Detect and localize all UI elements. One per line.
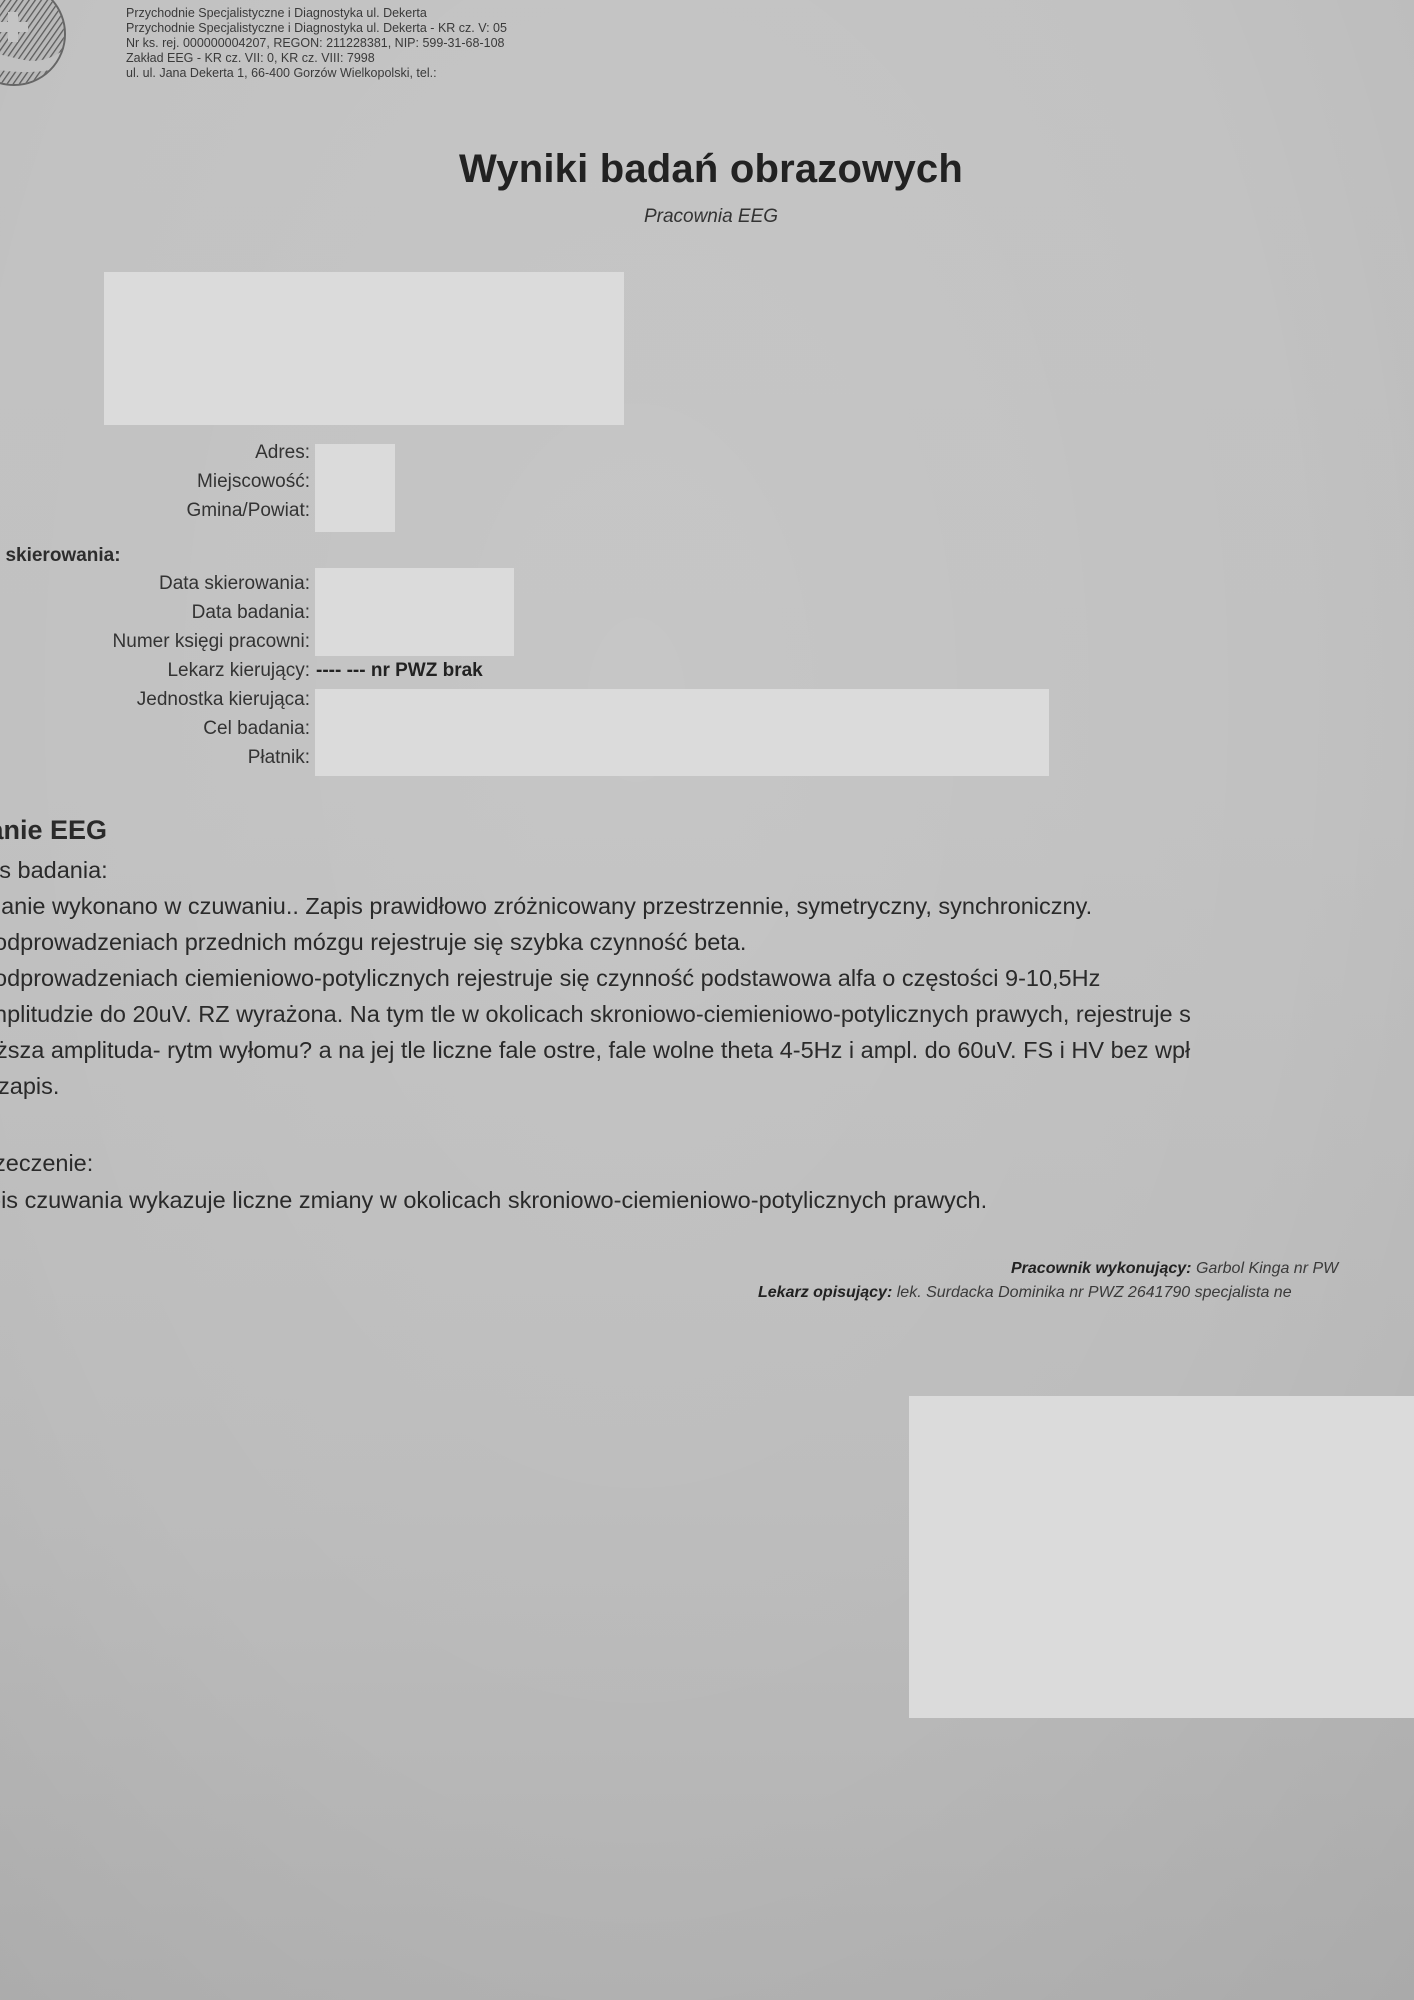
header-line: Nr ks. rej. 000000004207, REGON: 2112283… (126, 36, 507, 51)
header-line: Przychodnie Specjalistyczne i Diagnostyk… (126, 6, 507, 21)
referring-physician-label: Lekarz kierujący: (167, 660, 310, 682)
address-label: Adres: (255, 442, 310, 464)
clinic-logo-icon (0, 0, 76, 94)
page-subtitle: Pracownia EEG (0, 206, 1414, 228)
performer-signature: Pracownik wykonujący: Garbol Kinga nr PW (1011, 1260, 1338, 1278)
physician-signature: Lekarz opisujący: lek. Surdacka Dominika… (758, 1284, 1292, 1302)
referring-unit-label: Jednostka kierująca: (137, 689, 310, 711)
exam-purpose-label: Cel badania: (203, 718, 310, 740)
page-title: Wyniki badań obrazowych (0, 147, 1414, 192)
header-line: ul. ul. Jana Dekerta 1, 66-400 Gorzów Wi… (126, 66, 507, 81)
conclusion-text: bis czuwania wykazuje liczne zmiany w ok… (0, 1186, 987, 1214)
physician-label: Lekarz opisujący: (758, 1284, 892, 1301)
description-line: danie wykonano w czuwaniu.. Zapis prawid… (0, 892, 1092, 920)
redacted-address (315, 444, 395, 532)
performer-value: Garbol Kinga nr PW (1196, 1260, 1338, 1277)
referral-heading: ne skierowania: (0, 545, 121, 567)
exam-date-label: Data badania: (192, 602, 310, 624)
city-label: Miejscowość: (197, 471, 310, 493)
lab-book-number-label: Numer księgi pracowni: (113, 631, 310, 653)
district-label: Gmina/Powiat: (186, 500, 310, 522)
redacted-stamp (909, 1396, 1414, 1718)
header-line: Przychodnie Specjalistyczne i Diagnostyk… (126, 21, 507, 36)
description-line: odprowadzeniach ciemieniowo-potylicznych… (0, 964, 1100, 992)
conclusion-label: zeczenie: (0, 1149, 93, 1177)
referral-date-label: Data skierowania: (159, 573, 310, 595)
physician-value: lek. Surdacka Dominika nr PWZ 2641790 sp… (897, 1284, 1292, 1301)
description-line: nplitudzie do 20uV. RZ wyrażona. Na tym … (0, 1000, 1191, 1028)
clinic-header: Przychodnie Specjalistyczne i Diagnostyk… (126, 0, 507, 81)
header-line: Zakład EEG - KR cz. VII: 0, KR cz. VIII:… (126, 51, 507, 66)
description-line: ższa amplituda- rytm wyłomu? a na jej tl… (0, 1036, 1190, 1064)
redacted-referral-unit (315, 689, 1049, 776)
redacted-patient-name (104, 272, 624, 425)
description-line: zapis. (0, 1072, 59, 1100)
description-line: odprowadzeniach przednich mózgu rejestru… (0, 928, 746, 956)
payer-label: Płatnik: (248, 747, 310, 769)
description-label: is badania: (0, 856, 108, 884)
performer-label: Pracownik wykonujący: (1011, 1260, 1192, 1277)
redacted-referral-dates (315, 568, 514, 656)
exam-heading: danie EEG (0, 815, 107, 846)
referring-physician-value: ---- --- nr PWZ brak (316, 660, 483, 682)
